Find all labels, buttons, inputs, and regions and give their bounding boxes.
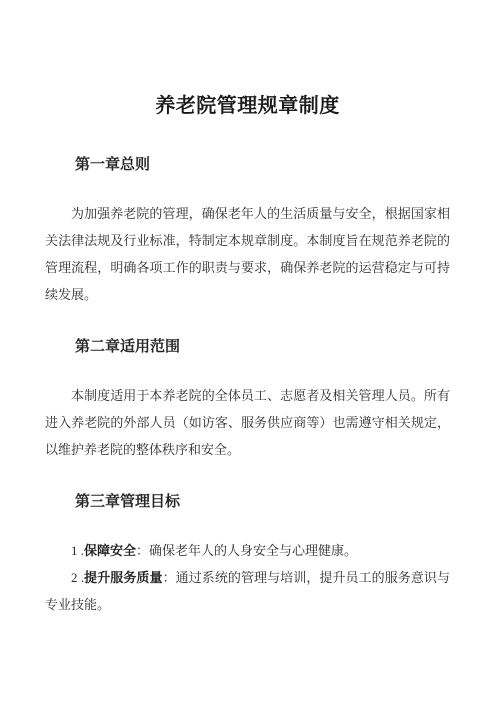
list-item-1-number: 1 . — [71, 543, 84, 558]
document-title: 养老院管理规章制度 — [45, 94, 450, 118]
list-item-2-number: 2 . — [71, 570, 84, 585]
list-item-1-label: 保障安全 — [84, 543, 136, 558]
list-item-2-label: 提升服务质量 — [84, 570, 162, 585]
list-item-2: 2 .提升服务质量：通过系统的管理与培训，提升员工的服务意识与专业技能。 — [45, 564, 450, 618]
list-item-1-text: 确保老年人的人身安全与心理健康。 — [149, 543, 357, 558]
document-page: 养老院管理规章制度 第一章总则 为加强养老院的管理，确保老年人的生活质量与安全，… — [0, 0, 500, 707]
list-item-1: 1 .保障安全：确保老年人的人身安全与心理健康。 — [45, 537, 450, 564]
section-heading-chapter2: 第二章适用范围 — [45, 338, 450, 356]
numbered-list: 1 .保障安全：确保老年人的人身安全与心理健康。 2 .提升服务质量：通过系统的… — [45, 537, 450, 618]
section-heading-chapter1: 第一章总则 — [45, 156, 450, 174]
paragraph-chapter1: 为加强养老院的管理，确保老年人的生活质量与安全，根据国家相关法律法规及行业标准，… — [45, 200, 450, 308]
section-heading-chapter3: 第三章管理目标 — [45, 493, 450, 511]
list-item-1-colon: ： — [136, 543, 149, 558]
list-item-2-colon: ： — [163, 570, 176, 585]
paragraph-chapter2: 本制度适用于本养老院的全体员工、志愿者及相关管理人员。所有进入养老院的外部人员（… — [45, 382, 450, 463]
